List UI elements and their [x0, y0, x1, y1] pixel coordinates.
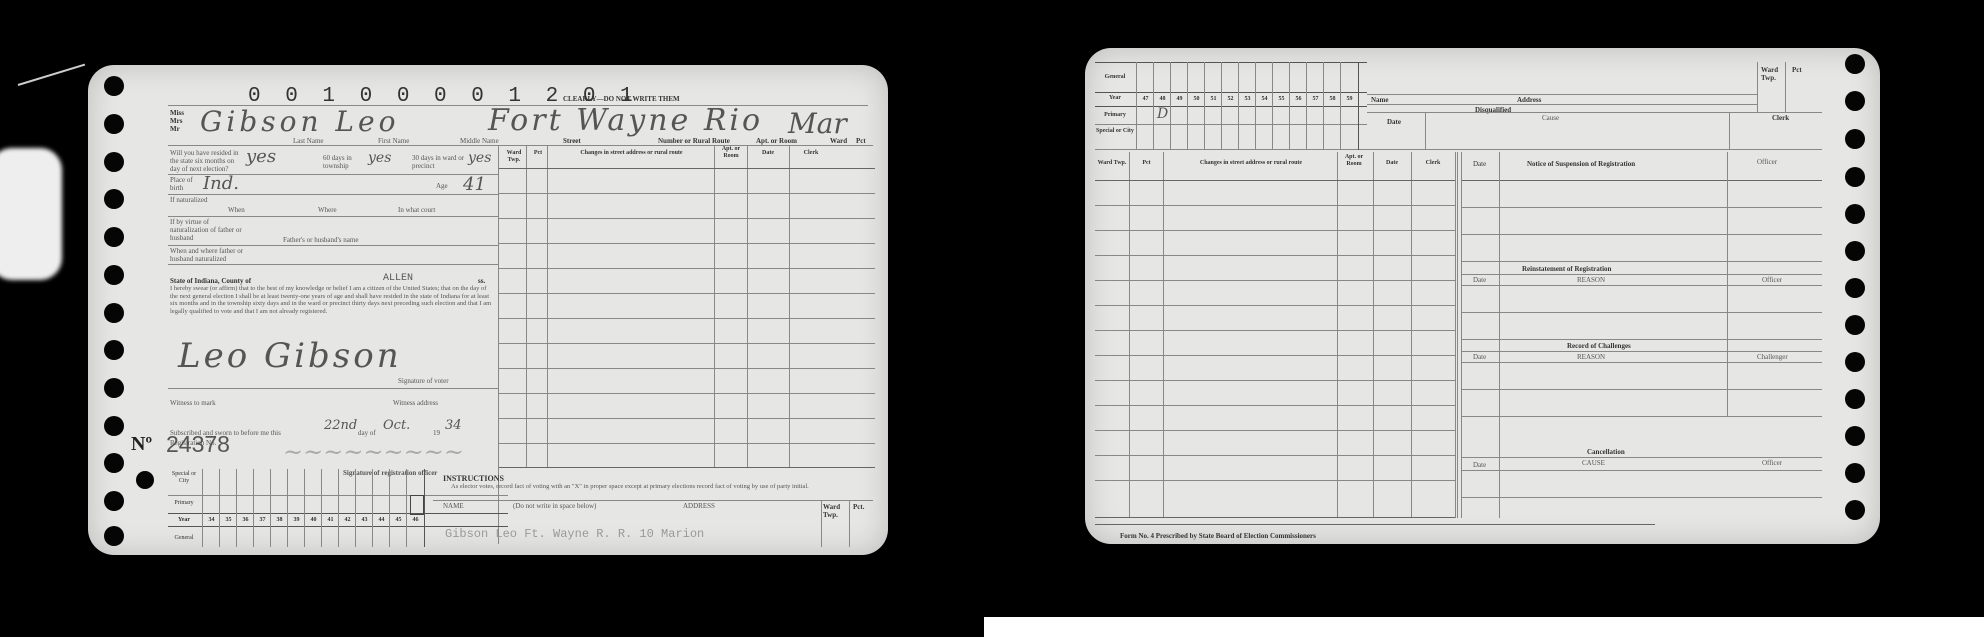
back-voting-record: General Year Primary Special or City 47 …	[1095, 62, 1367, 150]
header-instruction: CLEARLY—DO NOT WRITE THEM	[563, 95, 680, 103]
year-cell: 55	[1273, 96, 1290, 103]
bottom-name-label: NAME	[443, 502, 464, 510]
street-label: Street	[563, 137, 581, 145]
residence-question: Will you have resided in the state six m…	[170, 149, 245, 173]
year-cell: 38	[271, 517, 288, 524]
cancellation-title: Cancellation	[1587, 448, 1625, 456]
age-value: 41	[463, 174, 486, 195]
cancellation-date-label: Date	[1473, 461, 1486, 469]
year-cell: 34	[203, 517, 220, 524]
row-special: Special or City	[168, 471, 200, 485]
year-cell: 52	[1222, 96, 1239, 103]
challenges-title: Record of Challenges	[1567, 342, 1631, 350]
ward-label: Ward	[830, 137, 847, 145]
number-label: Nº	[131, 433, 152, 456]
back-card: General Year Primary Special or City 47 …	[1085, 48, 1880, 544]
suspension-date-label: Date	[1473, 160, 1486, 168]
father-husband-label: If by virtue of naturalization of father…	[170, 218, 245, 242]
year-cell: 48	[1154, 96, 1171, 103]
honorific-label: Miss Mrs Mr	[170, 109, 192, 133]
th-apt: Apt. or Room	[716, 146, 746, 160]
primary-mark-box	[410, 495, 424, 515]
reinstatement-officer-label: Officer	[1762, 276, 1782, 284]
disq-cause-label: Cause	[1542, 114, 1559, 122]
row-primary: Primary	[168, 500, 200, 507]
year-cell: 53	[1239, 96, 1256, 103]
year-cell: 41	[322, 517, 339, 524]
th-changes: Changes in street address or rural route	[549, 150, 714, 157]
th-date: Date	[749, 150, 787, 157]
bottom-address-label: ADDRESS	[683, 502, 715, 510]
th-changes: Changes in street address or rural route	[1165, 160, 1337, 167]
year-cell: 57	[1307, 96, 1324, 103]
top-ward-label: Ward Twp.	[1761, 66, 1781, 82]
disq-date-label: Date	[1387, 118, 1401, 126]
instructions-text: As elector votes, record fact of voting …	[451, 483, 866, 491]
th-ward: Ward Twp.	[1095, 160, 1129, 167]
naturalized-label: If naturalized	[170, 196, 210, 204]
rule	[168, 245, 498, 246]
age-label: Age	[436, 182, 448, 190]
reinstatement-title: Reinstatement of Registration	[1522, 265, 1611, 273]
rule	[168, 264, 498, 265]
row-general: General	[168, 535, 200, 542]
disqualified-section: Ward Twp. Pct Name Address Disqualified …	[1367, 62, 1822, 150]
year-cell: 54	[1256, 96, 1273, 103]
subscribed-month: Oct.	[383, 418, 410, 433]
year-cell: 50	[1188, 96, 1205, 103]
row-special: Special or City	[1095, 128, 1135, 135]
th-pct: Pct	[1130, 160, 1163, 167]
year-cell: 46	[407, 517, 424, 524]
voter-name: Gibson Leo	[200, 105, 399, 138]
year-cell: 43	[356, 517, 373, 524]
first-name-label: First Name	[378, 137, 409, 145]
bottom-ward-label: Ward Twp.	[823, 503, 843, 519]
scan-artifact-blob	[0, 148, 62, 280]
scan-white-strip	[984, 617, 1984, 637]
suspension-officer-label: Officer	[1757, 158, 1777, 166]
subscribed-year: 34	[445, 418, 462, 433]
pct-label: Pct	[856, 137, 866, 145]
scan-artifact-line	[18, 64, 86, 86]
registration-number: 24378	[166, 431, 230, 458]
top-pct-label: Pct	[1792, 66, 1802, 74]
primary-mark: D	[1157, 106, 1168, 122]
disq-name-label: Name	[1371, 96, 1389, 104]
rule	[168, 388, 498, 389]
subscribed-day: 22nd	[324, 418, 357, 433]
day-of-label: day of	[358, 429, 376, 437]
residence-answer: yes	[246, 146, 276, 167]
status-panel: Date Notice of Suspension of Registratio…	[1457, 152, 1827, 518]
bottom-note: (Do not write in space below)	[513, 502, 596, 510]
oath-heading: State of Indiana, County of	[170, 277, 251, 285]
disq-clerk-label: Clerk	[1772, 114, 1789, 122]
cancellation-cause-label: CAUSE	[1582, 459, 1605, 467]
oath-ss: ss.	[478, 277, 485, 285]
cancellation-officer-label: Officer	[1762, 459, 1782, 467]
apt-label: Apt. or Room	[756, 137, 797, 145]
year-cell: 59	[1341, 96, 1358, 103]
rule	[168, 194, 498, 195]
reinstatement-date-label: Date	[1473, 276, 1486, 284]
voter-signature: Leo Gibson	[178, 336, 402, 376]
witness-label: Witness to mark	[170, 399, 216, 407]
instructions-title: INSTRUCTIONS	[443, 475, 504, 483]
days-township-label: 60 days in township	[323, 154, 368, 170]
row-year: Year	[168, 517, 200, 524]
year-cell: 37	[254, 517, 271, 524]
bottom-pct-label: Pct.	[853, 503, 864, 511]
instructions-block: INSTRUCTIONS As elector votes, record fa…	[433, 469, 873, 547]
year-cell: 42	[339, 517, 356, 524]
typed-line: Gibson Leo Ft. Wayne R. R. 10 Marion	[445, 527, 704, 541]
county: ALLEN	[383, 273, 413, 284]
year-cell: 56	[1290, 96, 1307, 103]
year-cell: 49	[1171, 96, 1188, 103]
reinstatement-reason-label: REASON	[1577, 276, 1605, 284]
year-cell: 45	[390, 517, 407, 524]
form-footer: Form No. 4 Prescribed by State Board of …	[1120, 532, 1316, 540]
number-label: Number or Rural Route	[658, 137, 730, 145]
middle-name-label: Middle Name	[460, 137, 499, 145]
year-cell: 51	[1205, 96, 1222, 103]
naturalized-when: When	[228, 206, 245, 214]
footer-rule	[1095, 524, 1655, 525]
challenges-reason-label: REASON	[1577, 353, 1605, 361]
place-of-birth-label: Place of birth	[170, 176, 195, 192]
row-year: Year	[1095, 95, 1135, 102]
officer-signature: ~~~~~~~~~	[283, 438, 464, 466]
year-cell: 47	[1137, 96, 1154, 103]
year-cell: 44	[373, 517, 390, 524]
days-township-answer: yes	[368, 150, 391, 166]
signature-label: Signature of voter	[398, 377, 449, 385]
naturalized-where: Where	[318, 206, 337, 214]
th-ward: Ward Twp.	[501, 150, 527, 164]
rule	[168, 216, 498, 217]
th-date: Date	[1375, 160, 1409, 167]
row-general: General	[1095, 74, 1135, 81]
father-when-where: When and where father or husband natural…	[170, 247, 250, 263]
oath-text: I hereby swear (or affirm) that to the b…	[170, 285, 492, 315]
year-cell: 39	[288, 517, 305, 524]
disq-address-label: Address	[1517, 96, 1541, 104]
days-ward-answer: yes	[468, 150, 491, 166]
year-cell: 40	[305, 517, 322, 524]
front-changes-table: Ward Twp. Pct Changes in street address …	[499, 146, 875, 468]
year-cell: 35	[220, 517, 237, 524]
place-of-birth: Ind.	[203, 173, 239, 194]
suspension-title: Notice of Suspension of Registration	[1527, 160, 1635, 168]
voter-ward: Mar	[788, 107, 847, 140]
year-prefix: 19	[433, 429, 440, 437]
challenges-challenger-label: Challenger	[1757, 353, 1788, 361]
year-cell: 58	[1324, 96, 1341, 103]
witness-address-label: Witness address	[393, 399, 438, 407]
last-name-label: Last Name	[293, 137, 324, 145]
row-primary: Primary	[1095, 112, 1135, 119]
days-ward-label: 30 days in ward or precinct	[412, 154, 467, 170]
th-clerk: Clerk	[1413, 160, 1453, 167]
back-changes-table: Ward Twp. Pct Changes in street address …	[1095, 152, 1385, 518]
naturalized-court: In what court	[398, 206, 435, 214]
year-cell: 36	[237, 517, 254, 524]
front-card: 0 0 1 0 0 0 0 1 2 0 1 CLEARLY—DO NOT WRI…	[88, 65, 888, 555]
voter-address: Fort Wayne Rio	[488, 103, 763, 138]
challenges-date-label: Date	[1473, 353, 1486, 361]
th-apt: Apt. or Room	[1338, 154, 1370, 168]
th-pct: Pct	[529, 150, 547, 157]
th-clerk: Clerk	[791, 150, 831, 157]
father-husband-name: Father's or husband's name	[283, 236, 358, 244]
